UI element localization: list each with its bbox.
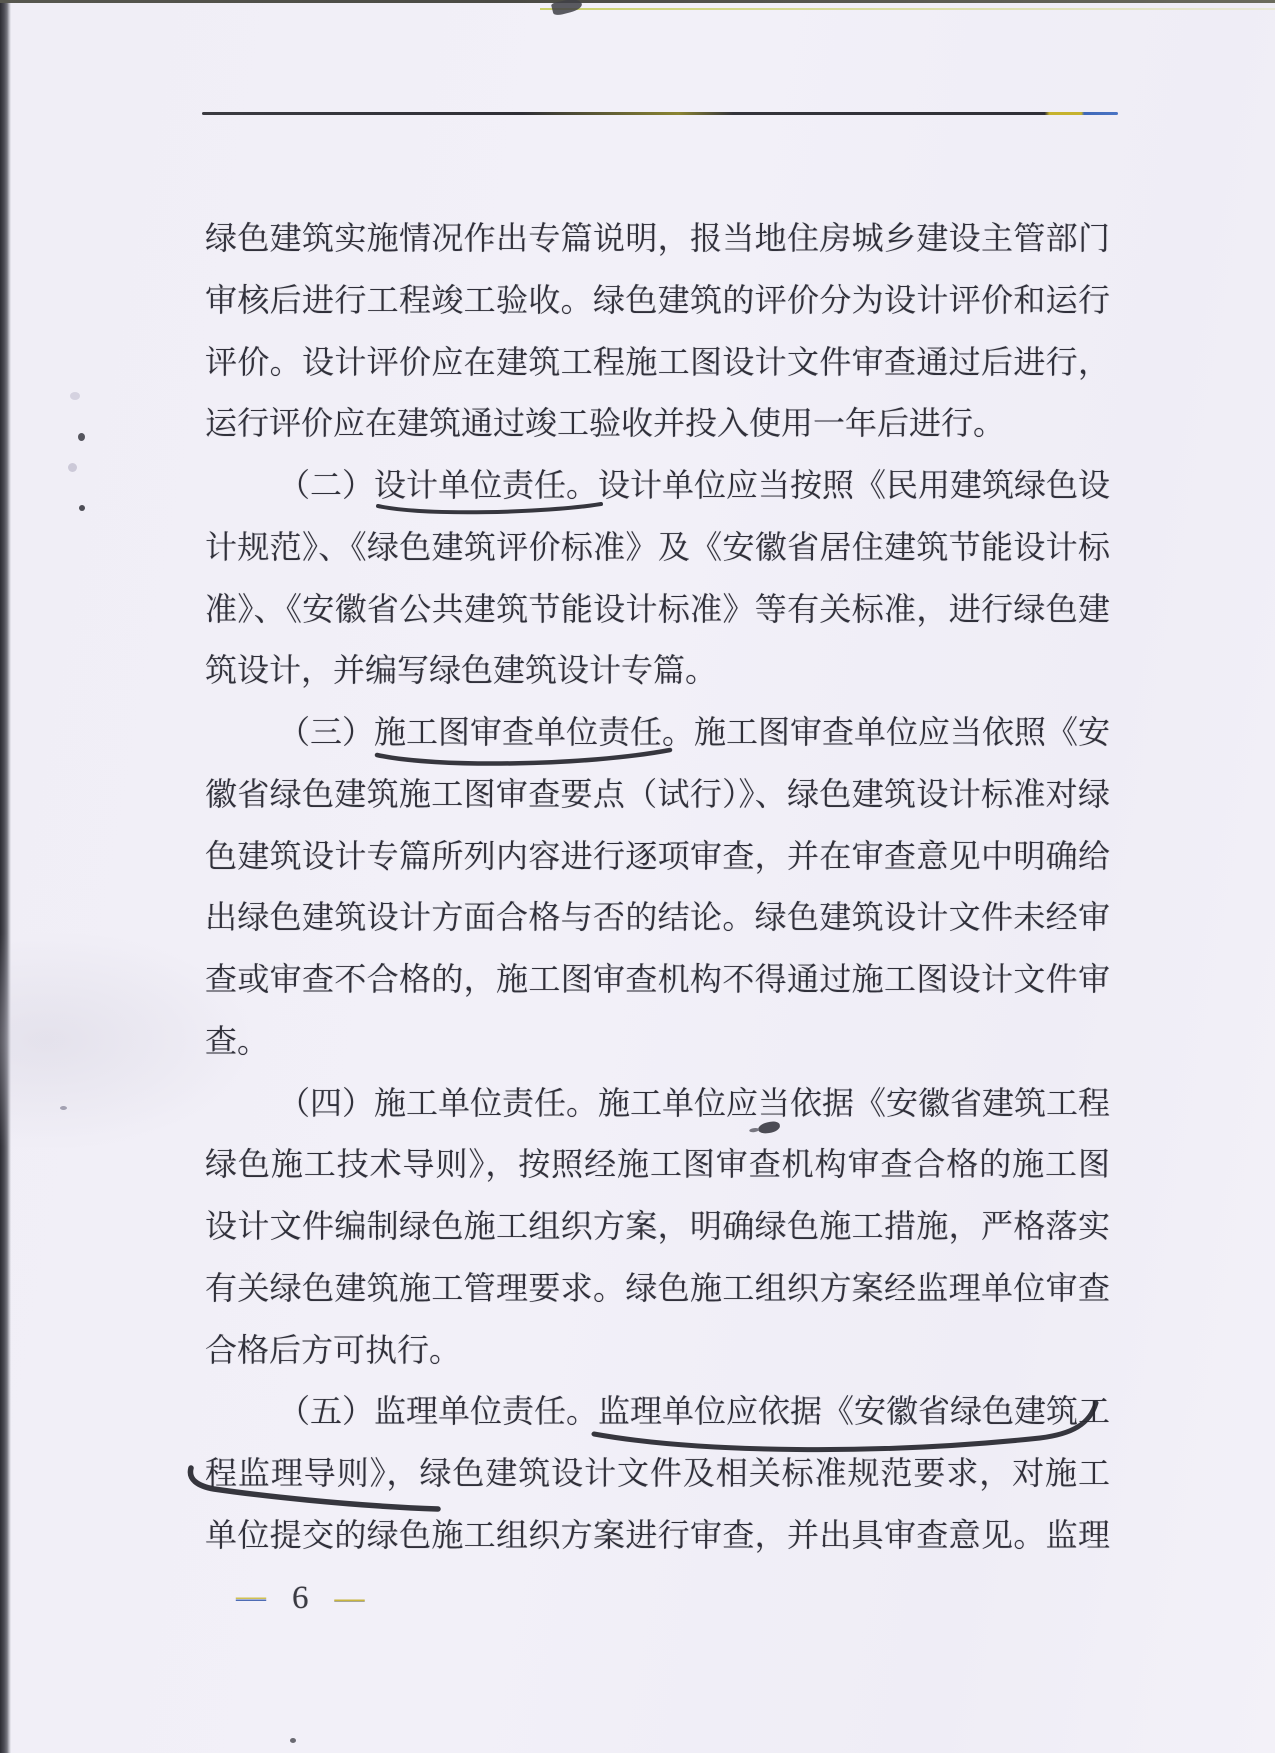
text-line: 合格后方可执行。 [205, 1325, 1110, 1375]
paper-speck [79, 505, 85, 511]
ink-smudge [551, 0, 583, 16]
text-line: 绿色施工技术导则》，按照经施工图审查机构审查合格的施工图 [205, 1139, 1110, 1189]
header-rule [202, 112, 1118, 115]
text-line-section-2: （二）设计单位责任。设计单位应当按照《民用建筑绿色设 [205, 460, 1110, 510]
page-footer: — 6 — [236, 1576, 365, 1620]
scan-edge-left [0, 0, 11, 1753]
text-line: 出绿色建筑设计方面合格与否的结论。绿色建筑设计文件未经审 [205, 892, 1110, 942]
text-line: 筑设计，并编写绿色建筑设计专篇。 [205, 645, 1110, 695]
paper-speck [68, 463, 77, 472]
text-line: 程监理导则》，绿色建筑设计文件及相关标准规范要求，对施工 [205, 1448, 1110, 1498]
text-line: 运行评价应在建筑通过竣工验收并投入使用一年后进行。 [205, 398, 1110, 448]
page-number-dash-right: — [335, 1583, 365, 1613]
text-line: 评价。设计评价应在建筑工程施工图设计文件审查通过后进行， [205, 337, 1110, 387]
text-line: 准》、《安徽省公共建筑节能设计标准》等有关标准，进行绿色建 [205, 584, 1110, 634]
text-line-section-5: （五）监理单位责任。监理单位应依据《安徽省绿色建筑工 [205, 1386, 1110, 1436]
text-line: 查。 [205, 1016, 1110, 1066]
scan-edge-top [0, 0, 1275, 3]
page-number: 6 [292, 1580, 309, 1617]
text-line-section-4: （四）施工单位责任。施工单位应当依据《安徽省建筑工程 [205, 1078, 1110, 1128]
paper-speck [60, 1106, 67, 1110]
paper-speck [70, 392, 80, 400]
text-line: 单位提交的绿色施工组织方案进行审查，并出具审查意见。监理 [205, 1510, 1110, 1560]
text-line: 查或审查不合格的，施工图审查机构不得通过施工图设计文件审 [205, 954, 1110, 1004]
text-line-section-3: （三）施工图审查单位责任。施工图审查单位应当依照《安 [205, 707, 1110, 757]
scanned-document-page: 绿色建筑实施情况作出专篇说明，报当地住房城乡建设主管部门 审核后进行工程竣工验收… [0, 0, 1275, 1753]
scan-edge-tint [540, 8, 1275, 10]
text-line: 设计文件编制绿色施工组织方案，明确绿色施工措施，严格落实 [205, 1201, 1110, 1251]
paper-speck [290, 1738, 296, 1743]
text-line: 徽省绿色建筑施工图审查要点（试行）》、绿色建筑设计标准对绿 [205, 769, 1110, 819]
page-number-dash-left: — [236, 1583, 266, 1613]
text-line: 色建筑设计专篇所列内容进行逐项审查，并在审查意见中明确给 [205, 831, 1110, 881]
text-line: 绿色建筑实施情况作出专篇说明，报当地住房城乡建设主管部门 [205, 213, 1110, 263]
text-line: 计规范》、《绿色建筑评价标准》及《安徽省居住建筑节能设计标 [205, 522, 1110, 572]
text-line: 审核后进行工程竣工验收。绿色建筑的评价分为设计评价和运行 [205, 275, 1110, 325]
paper-speck [78, 433, 85, 441]
text-line: 有关绿色建筑施工管理要求。绿色施工组织方案经监理单位审查 [205, 1263, 1110, 1313]
